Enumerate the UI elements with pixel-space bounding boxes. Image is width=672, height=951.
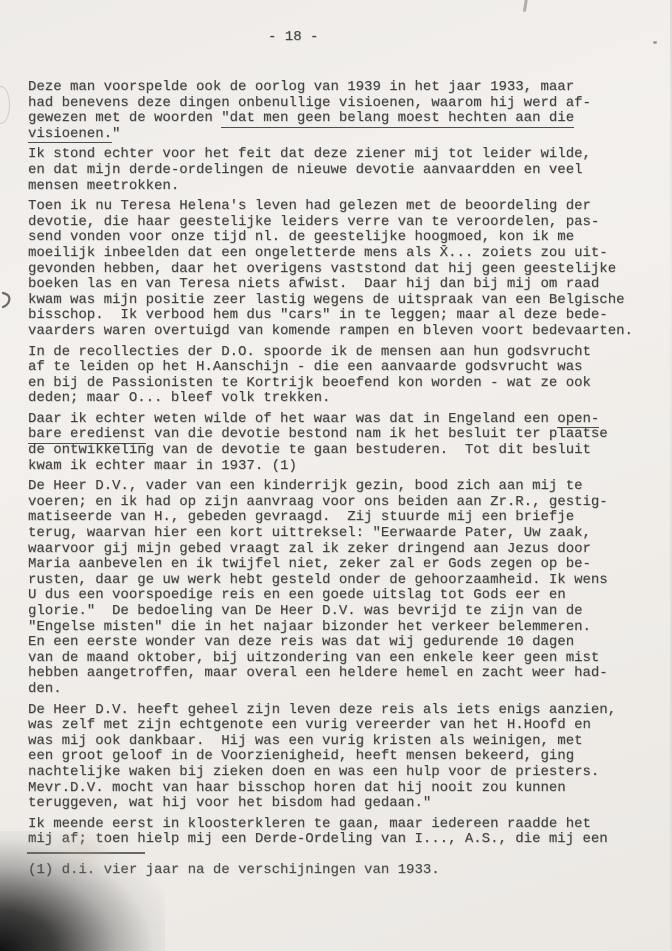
text-line: den. — [28, 682, 668, 698]
text-line: Maria aanbevelen en ik twijfel niet, zek… — [28, 557, 668, 573]
text-segment: was zelf met zijn echtgenote een vurig v… — [28, 717, 591, 733]
text-line: hebben aangetroffen, maar overal een hel… — [28, 666, 668, 682]
text-segment: Mevr.D.V. mocht van haar bisschop horen … — [28, 780, 566, 796]
text-segment: glorie." De bedoeling van De Heer D.V. w… — [28, 603, 583, 619]
text-segment: Toen ik nu Teresa Helena's leven had gel… — [28, 198, 591, 214]
text-segment: van die devotie bestond nam ik het beslu… — [146, 426, 608, 442]
text-segment: "Engelse misten" die in het najaar bizon… — [28, 619, 591, 635]
text-line: was zelf met zijn echtgenote een vurig v… — [28, 718, 668, 734]
text-line: een groot geloof in de Voorzienigheid, h… — [28, 749, 668, 765]
text-line: moeilijk inbeelden dat een ongeletterde … — [28, 246, 668, 262]
scan-artifact-left-crease — [0, 86, 10, 124]
underlined-text: visioenen. — [28, 126, 112, 144]
text-segment: nachtelijke waken bij zieken doen en was… — [28, 764, 599, 780]
text-segment: bisschop. Ik verbood hem dus "cars" in t… — [28, 307, 608, 323]
paragraph: De Heer D.V. heeft geheel zijn leven dez… — [28, 703, 668, 812]
text-segment: terug, waarvan hier een kort uittreksel:… — [28, 525, 591, 541]
text-segment: rusten, daar ge uw werk hebt gesteld ond… — [28, 572, 608, 588]
text-segment: Deze man voorspelde ook de oorlog van 19… — [28, 79, 574, 95]
text-line: deden; maar O... bleef volk trekken. — [28, 391, 668, 407]
text-line: was mij ook dankbaar. Hij was een vurig … — [28, 734, 668, 750]
text-line: gevonden hebben, daar het overigens vast… — [28, 262, 668, 278]
text-segment: De Heer D.V., vader van een kinderrijk g… — [28, 478, 583, 494]
text-line: de ontwikkeling van de devotie te gaan b… — [28, 443, 668, 459]
text-segment: en bij de Passionisten te Kortrijk beoef… — [28, 375, 591, 391]
text-segment: de ontwikkeling van de devotie te gaan b… — [28, 442, 591, 458]
scan-artifact-comma-mark — [0, 289, 16, 311]
scan-artifact-stain — [52, 822, 116, 880]
text-line: mensen meetrokken. — [28, 179, 668, 195]
text-line: Toen ik nu Teresa Helena's leven had gel… — [28, 199, 668, 215]
text-line: Mevr.D.V. mocht van haar bisschop horen … — [28, 781, 668, 797]
text-segment: teruggeven, wat hij voor het bisdom had … — [28, 795, 431, 811]
text-segment: Maria aanbevelen en ik twijfel niet, zek… — [28, 556, 591, 572]
text-segment: gewezen met de woorden — [28, 110, 221, 126]
paragraph: Ik stond echter voor het feit dat deze z… — [28, 147, 668, 194]
text-line: "Engelse misten" die in het najaar bizon… — [28, 620, 668, 636]
text-segment: gevonden hebben, daar het overigens vast… — [28, 261, 616, 277]
text-line: De Heer D.V. heeft geheel zijn leven dez… — [28, 703, 668, 719]
scan-artifact-top-mark — [523, 0, 528, 12]
document-page: - 18 - Deze man voorspelde ook de oorlog… — [0, 0, 672, 951]
text-segment: was mij ook dankbaar. Hij was een vurig … — [28, 733, 583, 749]
text-segment: En een eerste wonder van deze reis was d… — [28, 634, 574, 650]
paragraph: Daar ik echter weten wilde of het waar w… — [28, 412, 668, 474]
text-segment: Ik meende eerst in kloosterkleren te gaa… — [28, 816, 591, 832]
text-segment: af te leiden op het H.Aanschijn - die ee… — [28, 359, 583, 375]
text-segment: boeken las en van Teresa niets afwist. D… — [28, 276, 599, 292]
page-number: - 18 - — [268, 29, 318, 45]
paragraph: Deze man voorspelde ook de oorlog van 19… — [28, 80, 668, 142]
text-line: waarvoor gij mijn gebed vraagt zal ik ze… — [28, 542, 668, 558]
text-segment: U dus een voorspoedige reis en een goede… — [28, 587, 566, 603]
text-segment: deden; maar O... bleef volk trekken. — [28, 390, 330, 406]
text-line: had benevens deze dingen onbenullige vis… — [28, 96, 668, 112]
text-line: bisschop. Ik verbood hem dus "cars" in t… — [28, 308, 668, 324]
text-line: En een eerste wonder van deze reis was d… — [28, 635, 668, 651]
text-segment: en dat mijn derde-ordelingen de nieuwe d… — [28, 162, 583, 178]
text-body: Deze man voorspelde ook de oorlog van 19… — [28, 80, 668, 853]
text-line: In de recollecties der D.O. spoorde ik d… — [28, 345, 668, 361]
paragraph: In de recollecties der D.O. spoorde ik d… — [28, 345, 668, 407]
text-line: teruggeven, wat hij voor het bisdom had … — [28, 796, 668, 812]
text-segment: kwam ik echter maar in 1937. (1) — [28, 458, 297, 474]
text-segment: Ik stond echter voor het feit dat deze z… — [28, 146, 591, 162]
text-line: boeken las en van Teresa niets afwist. D… — [28, 277, 668, 293]
text-segment: vaarders waren overtuigd van komende ram… — [28, 323, 633, 339]
text-segment: moeilijk inbeelden dat een ongeletterde … — [28, 245, 608, 261]
text-segment: den. — [28, 681, 62, 697]
text-line: af te leiden op het H.Aanschijn - die ee… — [28, 360, 668, 376]
text-segment: send vonden voor onze tijd nl. de geeste… — [28, 229, 574, 245]
text-line: terug, waarvan hier een kort uittreksel:… — [28, 526, 668, 542]
text-segment: matiseerde van H., gebeden gevraagd. Zij… — [28, 509, 574, 525]
text-line: nachtelijke waken bij zieken doen en was… — [28, 765, 668, 781]
text-segment: waarvoor gij mijn gebed vraagt zal ik ze… — [28, 541, 591, 557]
text-line: U dus een voorspoedige reis en een goede… — [28, 588, 668, 604]
text-line: devotie, die haar geestelijke leiders ve… — [28, 215, 668, 231]
text-segment: De Heer D.V. heeft geheel zijn leven dez… — [28, 702, 616, 718]
text-line: send vonden voor onze tijd nl. de geeste… — [28, 230, 668, 246]
text-line: gewezen met de woorden "dat men geen bel… — [28, 111, 668, 127]
text-line: mij af; toen hielp mij een Derde-Ordelin… — [28, 832, 668, 848]
text-line: visioenen." — [28, 127, 668, 143]
text-segment: voeren; en ik had op zijn aanvraag voor … — [28, 494, 608, 510]
text-line: vaarders waren overtuigd van komende ram… — [28, 324, 668, 340]
text-segment: mensen meetrokken. — [28, 178, 179, 194]
text-segment: hebben aangetroffen, maar overal een hel… — [28, 665, 608, 681]
text-segment: van de maand oktober, bij uitzondering v… — [28, 650, 599, 666]
text-segment: kwam was mijn positie zeer lastig wegens… — [28, 292, 625, 308]
text-line: en bij de Passionisten te Kortrijk beoef… — [28, 376, 668, 392]
text-segment: een groot geloof in de Voorzienigheid, h… — [28, 748, 574, 764]
text-segment: Daar ik echter weten wilde of het waar w… — [28, 411, 557, 427]
text-line: bare eredienst van die devotie bestond n… — [28, 427, 668, 443]
text-segment: had benevens deze dingen onbenullige vis… — [28, 95, 591, 111]
text-line: Deze man voorspelde ook de oorlog van 19… — [28, 80, 668, 96]
underlined-text: "dat men geen belang moest hechten aan d… — [221, 110, 574, 128]
text-line: kwam ik echter maar in 1937. (1) — [28, 459, 668, 475]
paragraph: Ik meende eerst in kloosterkleren te gaa… — [28, 817, 668, 848]
text-line: Ik meende eerst in kloosterkleren te gaa… — [28, 817, 668, 833]
scan-artifact-dot — [653, 41, 657, 44]
text-line: en dat mijn derde-ordelingen de nieuwe d… — [28, 163, 668, 179]
text-line: glorie." De bedoeling van De Heer D.V. w… — [28, 604, 668, 620]
text-line: Ik stond echter voor het feit dat deze z… — [28, 147, 668, 163]
text-segment: " — [112, 126, 120, 142]
text-segment: In de recollecties der D.O. spoorde ik d… — [28, 344, 591, 360]
text-line: kwam was mijn positie zeer lastig wegens… — [28, 293, 668, 309]
text-line: matiseerde van H., gebeden gevraagd. Zij… — [28, 510, 668, 526]
paragraph: Toen ik nu Teresa Helena's leven had gel… — [28, 199, 668, 339]
text-line: De Heer D.V., vader van een kinderrijk g… — [28, 479, 668, 495]
paragraph: De Heer D.V., vader van een kinderrijk g… — [28, 479, 668, 697]
text-segment: devotie, die haar geestelijke leiders ve… — [28, 214, 599, 230]
